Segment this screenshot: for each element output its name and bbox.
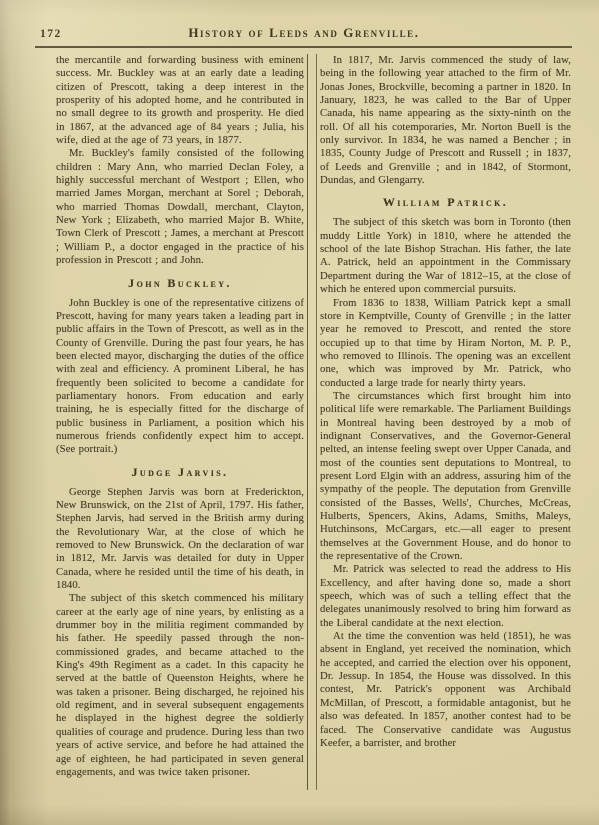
section-heading-william-patrick: William Patrick. [320, 195, 571, 209]
paragraph-patrick-politics: The circumstances which first brought hi… [320, 390, 571, 563]
section-heading-judge-jarvis: Judge Jarvis. [56, 465, 304, 479]
paragraph-patrick-address: Mr. Patrick was selected to read the add… [320, 563, 571, 630]
paragraph-jarvis-birth: George Stephen Jarvis was born at Freder… [56, 486, 304, 593]
paragraph-jarvis-law: In 1817, Mr. Jarvis commenced the study … [320, 54, 571, 187]
header-rule [35, 46, 572, 48]
paragraph-patrick-birth: The subject of this sketch was born in T… [320, 216, 571, 296]
paragraph-continuation: the mercantile and forwarding business w… [56, 54, 304, 147]
paragraph-patrick-elections: At the time the convention was held (185… [320, 630, 571, 750]
section-heading-john-buckley: John Buckley. [56, 276, 304, 290]
paragraph-john-buckley: John Buckley is one of the representativ… [56, 297, 304, 457]
book-page: 172 History of Leeds and Grenville. the … [0, 0, 599, 825]
right-column: In 1817, Mr. Jarvis commenced the study … [320, 54, 571, 794]
text-columns: the mercantile and forwarding business w… [56, 54, 571, 794]
page-header: 172 History of Leeds and Grenville. [36, 24, 572, 44]
paragraph-patrick-store: From 1836 to 1838, William Patrick kept … [320, 297, 571, 390]
paragraph-buckley-family: Mr. Buckley's family consisted of the fo… [56, 147, 304, 267]
left-column: the mercantile and forwarding business w… [56, 54, 304, 794]
running-title: History of Leeds and Grenville. [36, 25, 572, 41]
column-divider [307, 54, 317, 790]
paragraph-jarvis-military: The subject of this sketch commenced his… [56, 592, 304, 779]
